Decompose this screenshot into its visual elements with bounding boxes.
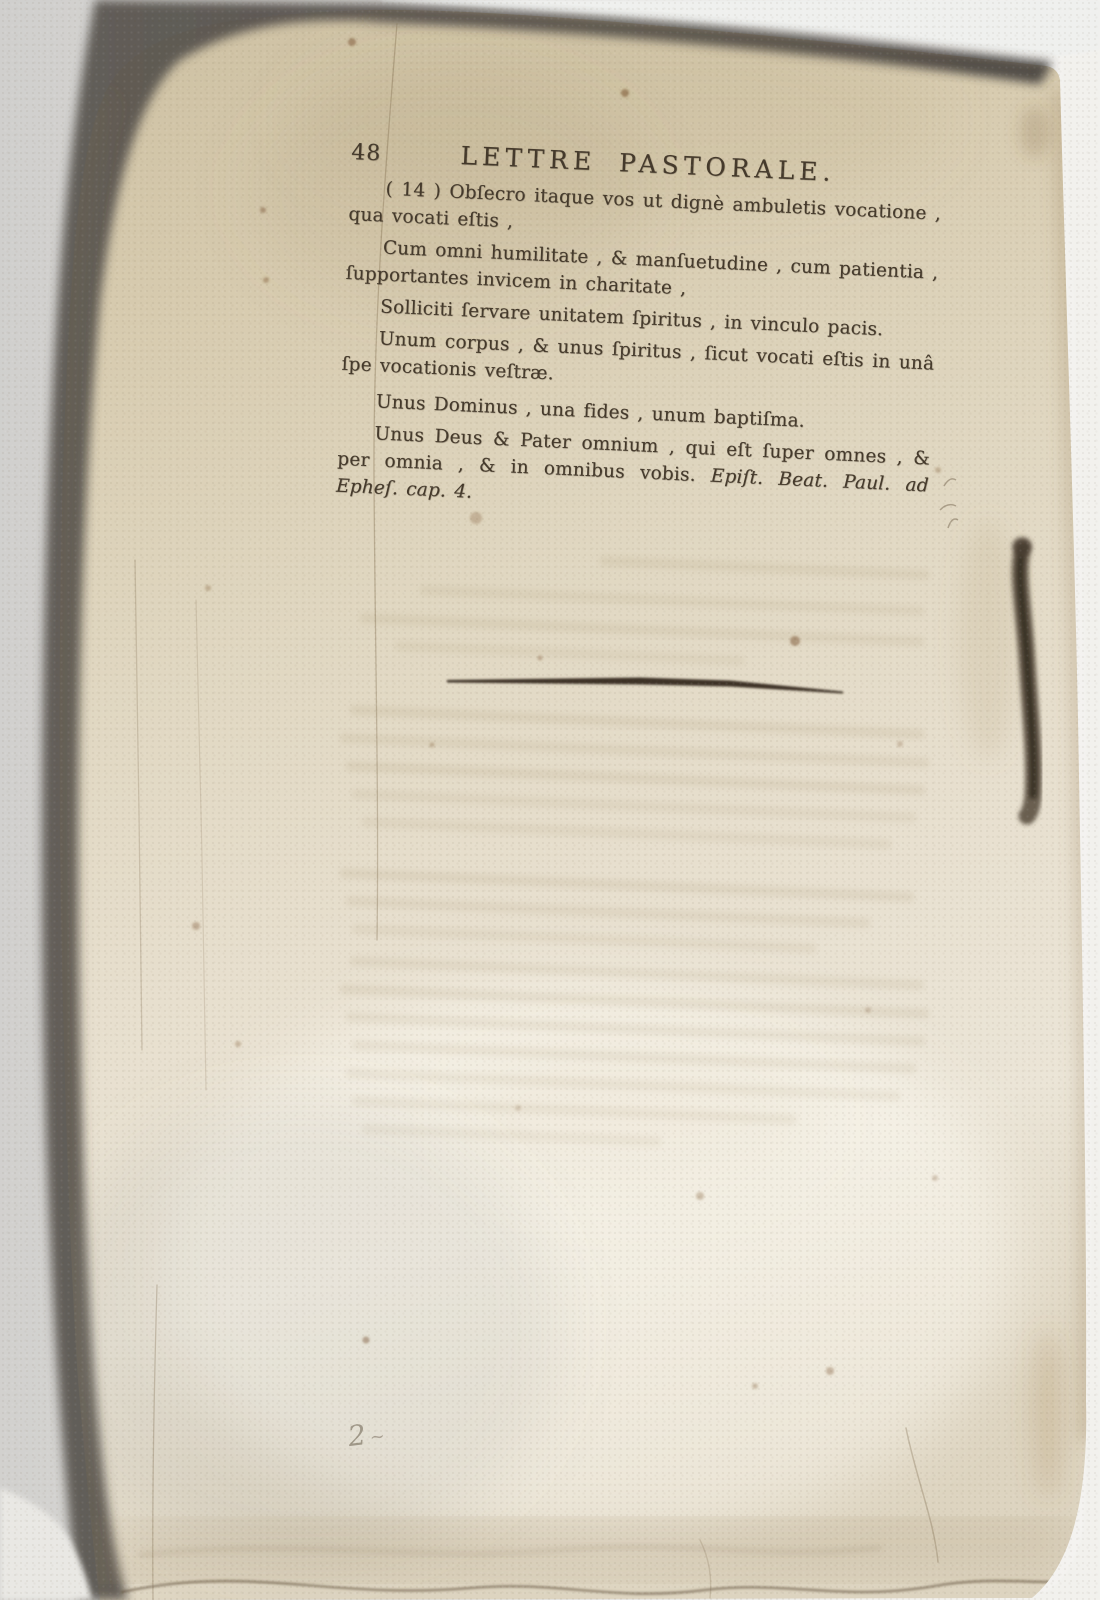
printed-text-block: 48 LETTRE PASTORALE. ( 14 ) Obſecro itaq…	[335, 136, 943, 531]
photo-of-book-page: 48 LETTRE PASTORALE. ( 14 ) Obſecro itaq…	[0, 0, 1100, 1600]
handwritten-mark: 2	[346, 1416, 386, 1453]
page-number: 48	[351, 140, 424, 168]
body-text: ( 14 ) Obſecro itaque vos ut dignè ambul…	[335, 174, 941, 527]
